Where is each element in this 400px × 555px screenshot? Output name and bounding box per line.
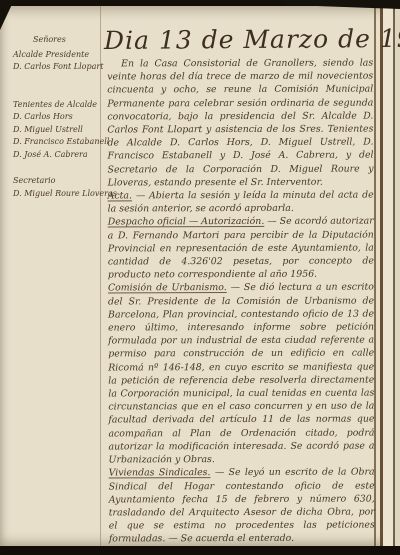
margin-name-estabanell: D. Francisco Estabanell bbox=[13, 136, 97, 149]
margin-name-roure: D. Miguel Roure Lloveras bbox=[13, 188, 97, 201]
page-stack-edge bbox=[395, 5, 400, 547]
margin-name-hors: D. Carlos Hors bbox=[13, 111, 97, 124]
margin-label-secretario: Secretario bbox=[13, 175, 97, 188]
paragraph-separator: — bbox=[210, 467, 228, 478]
margin-name-font-llopart: D. Carlos Font Llopart bbox=[13, 61, 97, 74]
margin-name-ustrell: D. Miguel Ustrell bbox=[13, 124, 97, 137]
left-margin-rule bbox=[100, 5, 101, 547]
paragraph-separator: — bbox=[264, 216, 279, 227]
paragraph-text: En la Casa Consistorial de Granollers, s… bbox=[107, 58, 373, 189]
paragraph-separator: — bbox=[227, 282, 244, 293]
scanned-minutes-page: Dia 13 de Marzo de 1958 Señores Alcalde … bbox=[0, 0, 400, 555]
right-margin-rule-inner bbox=[380, 5, 383, 547]
paragraph-acta: Acta. — Abierta la sesión y leída la min… bbox=[108, 189, 374, 216]
margin-label-tenientes: Tenientes de Alcalde bbox=[13, 99, 97, 112]
paragraph-comision-urbanismo: Comisión de Urbanismo. — Se dió lectura … bbox=[108, 281, 375, 467]
scan-corner-top-left bbox=[0, 0, 14, 30]
margin-name-cabrera: D. José A. Cabrera bbox=[13, 149, 97, 162]
scan-edge-bottom bbox=[0, 546, 400, 555]
paragraph-text: Se dió lectura a un escrito del Sr. Pres… bbox=[108, 282, 375, 466]
paragraph-heading: Comisión de Urbanismo. bbox=[108, 283, 227, 294]
paragraph-intro: En la Casa Consistorial de Granollers, s… bbox=[107, 57, 373, 190]
paragraph-despacho-oficial: Despacho oficial — Autorización. — Se ac… bbox=[108, 215, 374, 282]
paragraph-viviendas-sindicales: Viviendas Sindicales. — Se leyó un escri… bbox=[109, 466, 375, 546]
page-title-date: Dia 13 de Marzo de 1958 bbox=[104, 25, 380, 55]
margin-label-senores: Señores bbox=[33, 34, 97, 47]
paragraph-separator: — bbox=[132, 190, 149, 201]
paragraph-heading: Acta. bbox=[108, 190, 132, 201]
minutes-body: En la Casa Consistorial de Granollers, s… bbox=[107, 57, 375, 546]
next-page-edge bbox=[383, 5, 393, 547]
attendees-margin-column: Señores Alcalde Presidente D. Carlos Fon… bbox=[13, 34, 97, 200]
margin-label-alcalde: Alcalde Presidente bbox=[13, 49, 97, 62]
paragraph-heading: Despacho oficial — Autorización. bbox=[108, 216, 265, 228]
paragraph-heading: Viviendas Sindicales. bbox=[109, 467, 211, 478]
binding-edge-rule bbox=[393, 5, 395, 547]
